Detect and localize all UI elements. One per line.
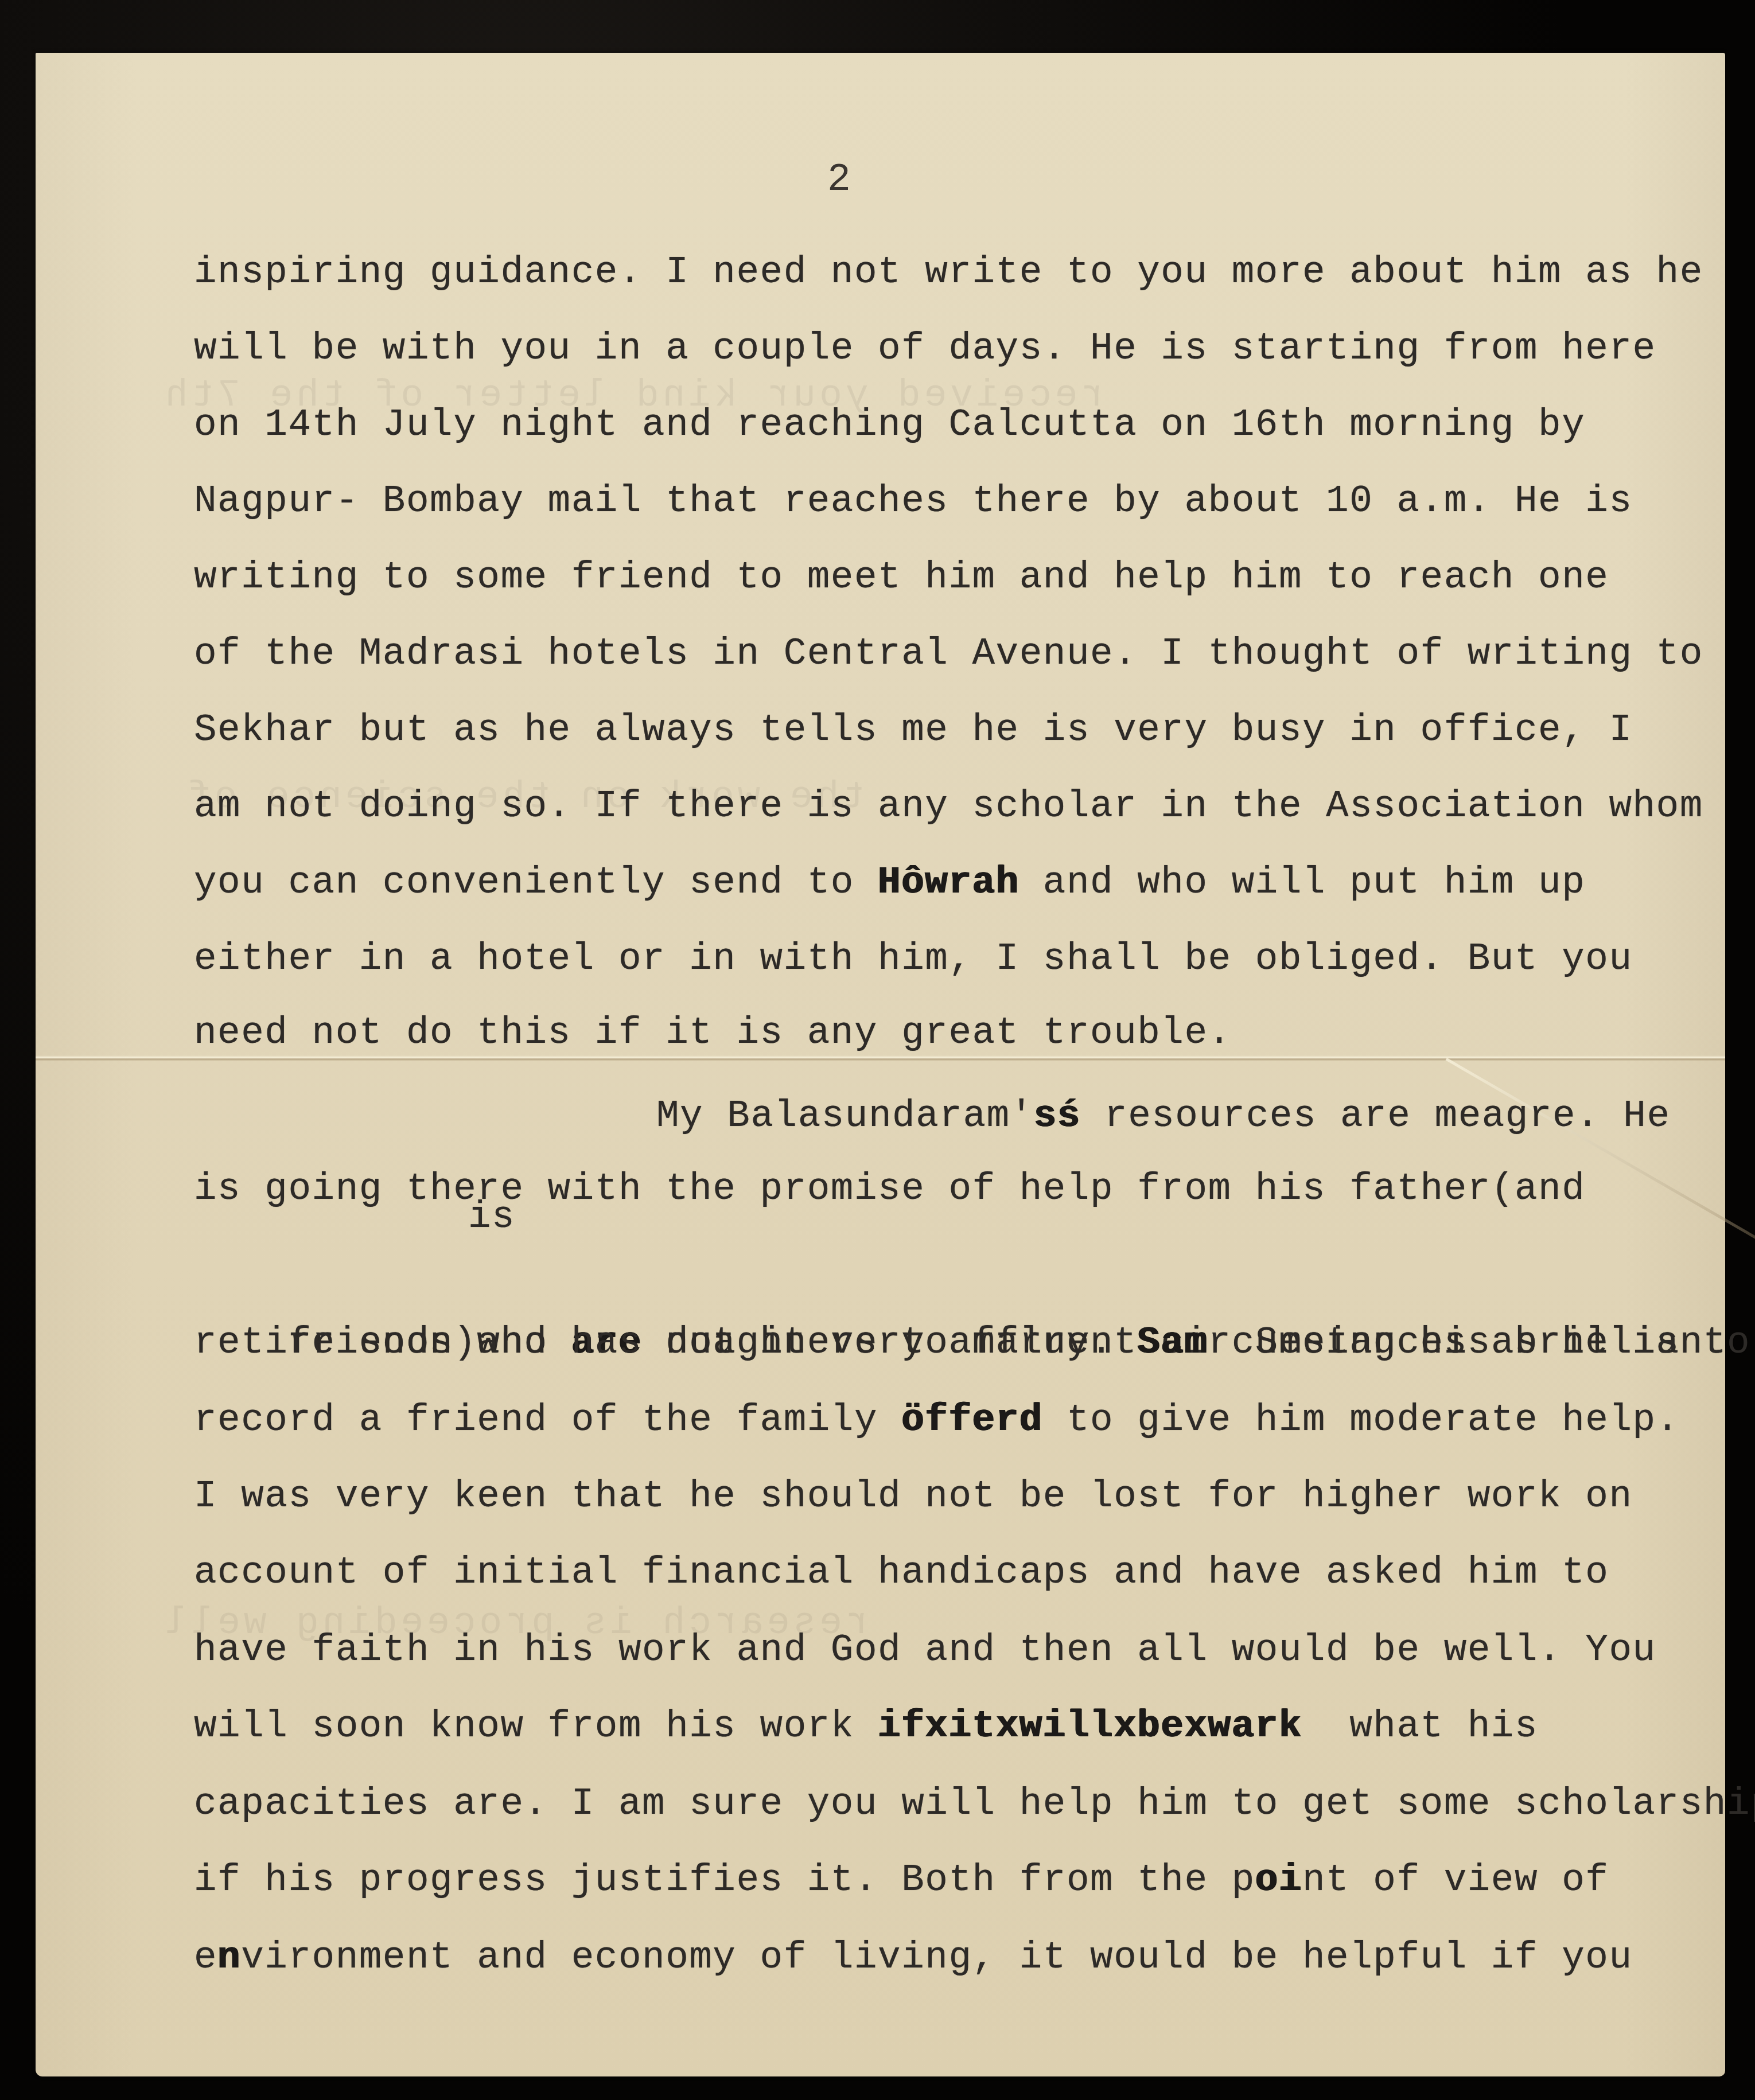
text-line: Nagpur- Bombay mail that reaches there b… <box>194 463 1697 539</box>
text-line: will soon know from his work ifxitxwillx… <box>194 1688 1697 1764</box>
text-line: if his progress justifies it. Both from … <box>194 1842 1697 1918</box>
text-run: resources are meagre. He <box>1081 1094 1671 1137</box>
text-line: account of initial financial handicaps a… <box>194 1534 1697 1611</box>
text-line: you can conveniently send to Hôwrah and … <box>194 844 1697 921</box>
text-line: inspiring guidance. I need not write to … <box>194 234 1697 310</box>
text-line: I was very keen that he should not be lo… <box>194 1458 1697 1534</box>
text-line: is going there with the promise of help … <box>194 1151 1697 1227</box>
text-line: retire soon and has duaghters to marry. … <box>194 1304 1697 1381</box>
interlinear-insertion: is <box>468 1198 515 1236</box>
letter-body: inspiring guidance. I need not write to … <box>194 234 1697 1989</box>
text-line: have faith in his work and God and then … <box>194 1612 1697 1688</box>
text-line: either in a hotel or in with him, I shal… <box>194 921 1697 997</box>
text-line: capacities are. I am sure you will help … <box>194 1766 1697 1842</box>
text-run: record a friend of the family <box>194 1398 901 1441</box>
text-run: My Balasundaram' <box>656 1094 1034 1137</box>
overstrike-correction: sś <box>1034 1094 1081 1137</box>
text-line: record a friend of the family öfferd to … <box>194 1382 1697 1458</box>
text-run: and who will put him up <box>1019 861 1586 904</box>
text-run: vironment and economy of living, it woul… <box>241 1936 1632 1979</box>
text-line: will be with you in a couple of days. He… <box>194 310 1697 387</box>
text-line: on 14th July night and reaching Calcutta… <box>194 387 1697 463</box>
overstrike-correction: Hôwrah <box>878 861 1019 904</box>
text-line: isfriends)who are not in very affluent c… <box>194 1228 1697 1304</box>
page-number: 2 <box>827 158 851 202</box>
text-line: am not doing so. If there is any scholar… <box>194 768 1697 844</box>
text-line: environment and economy of living, it wo… <box>194 1919 1697 1996</box>
text-run: to give him moderate help. <box>1043 1398 1680 1441</box>
text-run: what his <box>1302 1705 1538 1748</box>
text-run: will soon know from his work <box>194 1705 878 1748</box>
text-run: e <box>194 1936 217 1979</box>
text-line-indented: My Balasundaram'sś resources are meagre.… <box>194 1078 1697 1154</box>
text-line: of the Madrasi hotels in Central Avenue.… <box>194 615 1697 692</box>
overstrike-correction: n <box>217 1936 241 1979</box>
overstrike-correction: oi <box>1255 1859 1302 1902</box>
text-line: Sekhar but as he always tells me he is v… <box>194 692 1697 768</box>
text-run: you can conveniently send to <box>194 861 878 904</box>
overstrike-correction: ifxitxwillxbexwark <box>878 1705 1302 1748</box>
text-line: need not do this if it is any great trou… <box>194 995 1697 1071</box>
text-run: retire soon and has duaghters to marry. <box>194 1321 1137 1364</box>
text-run: Seeing his brilliant <box>1208 1321 1727 1364</box>
overstrike-correction: Sam <box>1137 1321 1208 1364</box>
text-run: nt of view of <box>1302 1859 1609 1902</box>
text-run: if his progress justifies it. Both from … <box>194 1859 1255 1902</box>
text-line: writing to some friend to meet him and h… <box>194 539 1697 615</box>
overstrike-correction: öfferd <box>901 1398 1043 1441</box>
